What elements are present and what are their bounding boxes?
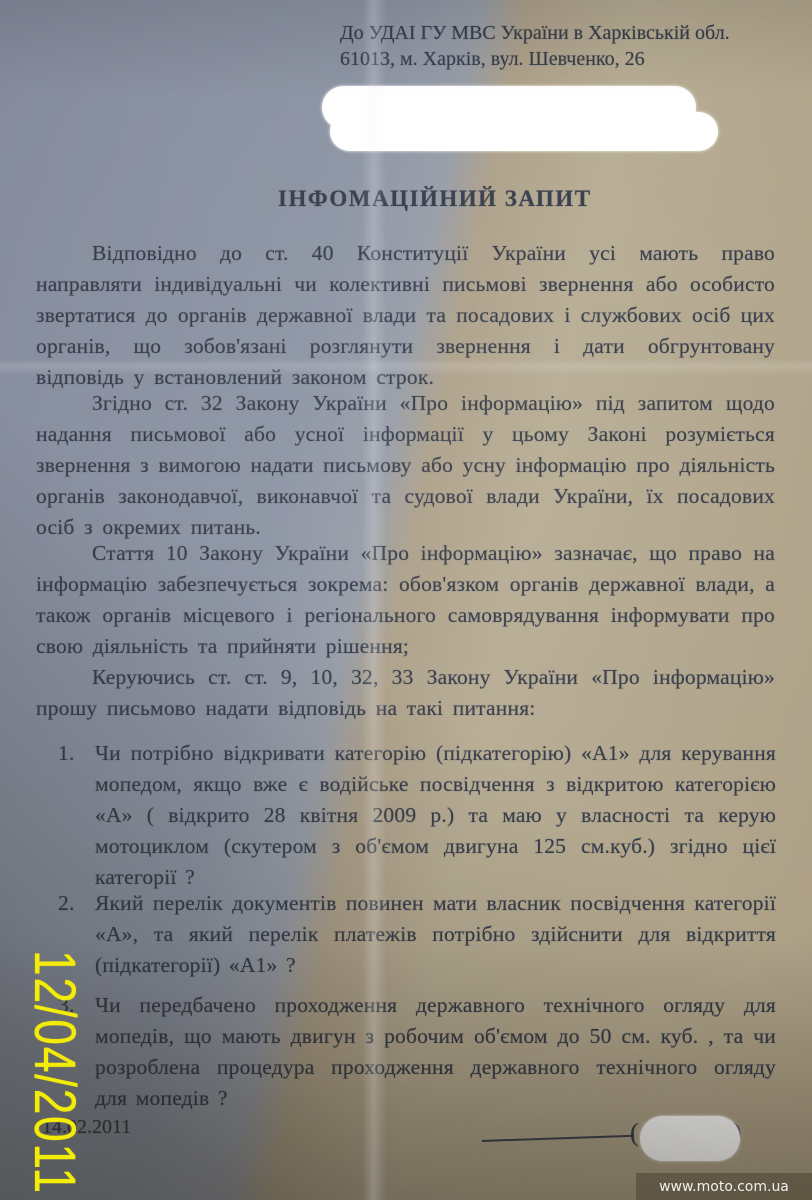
site-watermark-strip: www.moto.com.ua bbox=[636, 1173, 812, 1200]
document-title: ІНФОМАЦІЙНИЙ ЗАПИТ bbox=[278, 186, 592, 212]
recipient-address: До УДАІ ГУ МВС України в Харківській обл… bbox=[340, 20, 780, 72]
question-text: Чи потрібно відкривати категорію (підкат… bbox=[58, 738, 776, 893]
paragraph-law-art32: Згідно ст. 32 Закону України «Про інформ… bbox=[36, 388, 775, 543]
site-watermark-url: www.moto.com.ua bbox=[659, 1179, 789, 1195]
question-item-1: 1. Чи потрібно відкривати категорію (під… bbox=[58, 738, 776, 893]
question-item-2: 2. Який перелік документів повинен мати … bbox=[58, 888, 776, 981]
paragraph-law-art10: Стаття 10 Закону України «Про інформацію… bbox=[36, 538, 775, 662]
camera-date-watermark: 12/04/2011 bbox=[22, 950, 86, 1195]
signature-line bbox=[482, 1135, 634, 1142]
question-number: 1. bbox=[58, 738, 75, 769]
signature-paren-open: ( bbox=[630, 1118, 639, 1148]
question-text: Чи передбачено проходження державного те… bbox=[58, 990, 776, 1114]
question-item-3: 3. Чи передбачено проходження державного… bbox=[58, 990, 776, 1114]
recipient-line-2: 61013, м. Харків, вул. Шевченко, 26 bbox=[340, 46, 780, 72]
paragraph-constitution: Відповідно до ст. 40 Конституції України… bbox=[36, 238, 775, 393]
redaction-blob-sender-bottom bbox=[330, 112, 718, 151]
recipient-line-1: До УДАІ ГУ МВС України в Харківській обл… bbox=[340, 20, 780, 46]
paragraph-request: Керуючись ст. ст. 9, 10, 32, 33 Закону У… bbox=[36, 662, 775, 724]
question-text: Який перелік документів повинен мати вла… bbox=[58, 888, 776, 981]
question-number: 2. bbox=[58, 888, 75, 919]
redaction-blob-signature bbox=[640, 1116, 740, 1161]
document-photo: До УДАІ ГУ МВС України в Харківській обл… bbox=[0, 0, 812, 1200]
